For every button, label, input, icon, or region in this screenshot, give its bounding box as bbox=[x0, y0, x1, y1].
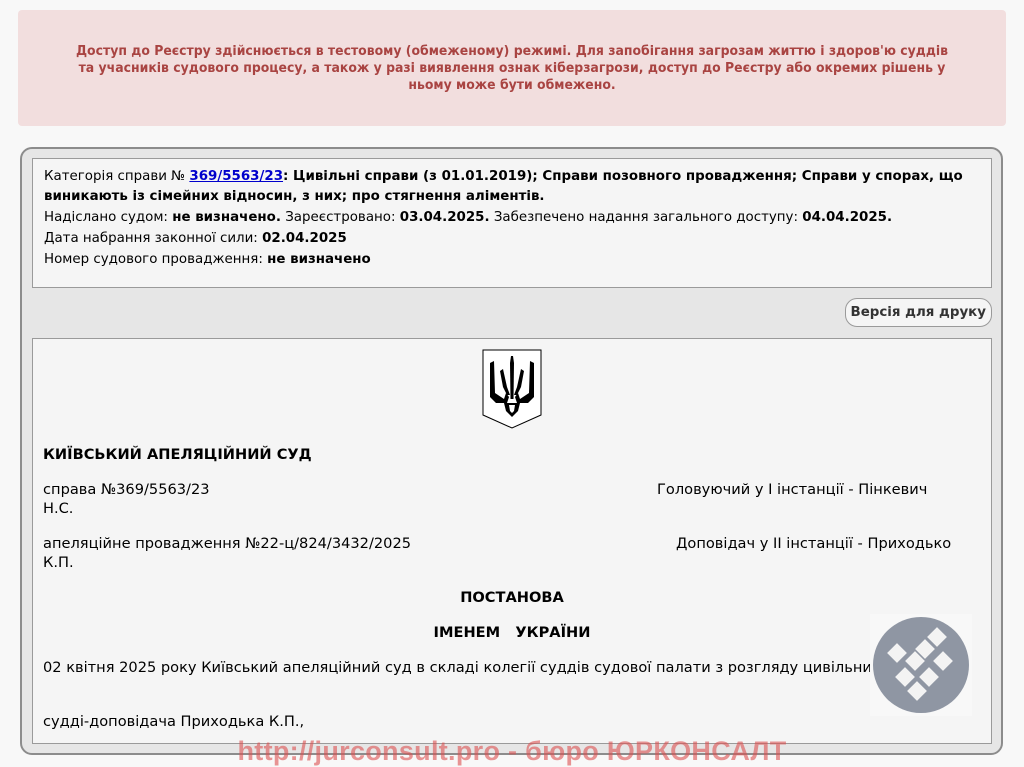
ukraine-trident-emblem-icon bbox=[482, 349, 542, 429]
intro-paragraph: 02 квітня 2025 року Київський апеляційни… bbox=[43, 658, 981, 677]
reporting-judge: судді-доповідача Приходька К.П., bbox=[43, 712, 981, 731]
case-dates: Надіслано судом: не визначено. Зареєстро… bbox=[44, 207, 980, 228]
sent-by-court-label: Надіслано судом: bbox=[44, 210, 172, 225]
public-access-label: Забезпечено надання загального доступу: bbox=[490, 210, 803, 225]
proceeding-number-value: не визначено bbox=[267, 252, 371, 267]
first-instance-judge: Головуючий у І інстанції - Пінкевич bbox=[657, 480, 927, 499]
second-instance-judge: Доповідач у ІІ інстанції - Приходько bbox=[676, 534, 951, 553]
in-name-of-ukraine-heading: ІМЕНЕМ УКРАЇНИ bbox=[33, 623, 991, 642]
appeal-reference-block: апеляційне провадження №22-ц/824/3432/20… bbox=[43, 534, 981, 574]
public-access-value: 04.04.2025. bbox=[802, 210, 892, 225]
court-name: КИЇВСЬКИЙ АПЕЛЯЦІЙНИЙ СУД bbox=[43, 445, 312, 464]
document-type-heading: ПОСТАНОВА bbox=[33, 588, 991, 607]
case-category: Категорія справи № 369/5563/23: Цивільні… bbox=[44, 167, 980, 207]
proceeding-number-label: Номер судового провадження: bbox=[44, 252, 267, 267]
case-info-panel: Категорія справи № 369/5563/23: Цивільні… bbox=[32, 158, 992, 288]
notice-text: Доступ до Реєстру здійснюється в тестово… bbox=[69, 43, 954, 94]
case-reference-block: справа №369/5563/23 Головуючий у І інста… bbox=[43, 480, 981, 520]
category-label: Категорія справи № bbox=[44, 169, 189, 184]
appeal-reference: апеляційне провадження №22-ц/824/3432/20… bbox=[43, 534, 411, 553]
sent-by-court-value: не визначено. bbox=[172, 210, 281, 225]
decision-container: Категорія справи № 369/5563/23: Цивільні… bbox=[20, 147, 1003, 755]
legal-force-label: Дата набрання законної сили: bbox=[44, 231, 262, 246]
decision-document: КИЇВСЬКИЙ АПЕЛЯЦІЙНИЙ СУД справа №369/55… bbox=[32, 338, 992, 744]
first-instance-judge-initials: Н.С. bbox=[43, 499, 73, 518]
watermark-text: http://jurconsult.pro - бюро ЮРКОНСАЛТ bbox=[0, 734, 1024, 767]
registry-access-notice: Доступ до Реєстру здійснюється в тестово… bbox=[18, 10, 1006, 126]
registered-value: 03.04.2025. bbox=[400, 210, 490, 225]
legal-force-date: Дата набрання законної сили: 02.04.2025 bbox=[44, 228, 980, 249]
proceeding-number: Номер судового провадження: не визначено bbox=[44, 249, 980, 270]
second-instance-judge-initials: К.П. bbox=[43, 553, 74, 572]
print-version-button[interactable]: Версія для друку bbox=[845, 298, 993, 327]
puzzle-circle-logo-icon bbox=[870, 614, 972, 716]
registered-label: Зареєстровано: bbox=[281, 210, 400, 225]
legal-force-value: 02.04.2025 bbox=[262, 231, 347, 246]
case-number-link[interactable]: 369/5563/23 bbox=[189, 169, 283, 184]
case-reference: справа №369/5563/23 bbox=[43, 480, 210, 499]
